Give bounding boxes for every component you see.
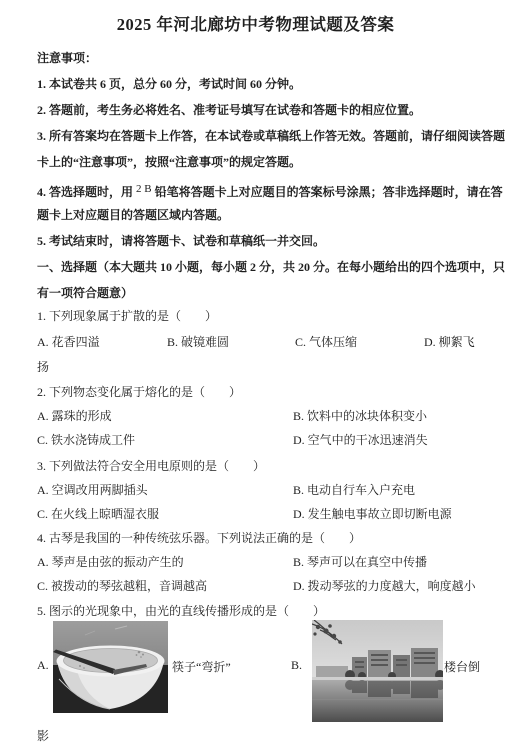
question-2-option-a: A. 露珠的形成 [37,409,112,424]
question-3-options-row-1: A. 空调改用两脚插头 B. 电动自行车入户充电 [37,483,485,500]
notice-line-4b: 题卡上对应题目的答题区域内答题。 [37,208,485,225]
question-1-option-b: B. 破镜难圆 [167,335,229,350]
question-1-options-row: A. 花香四溢 B. 破镜难圆 C. 气体压缩 D. 柳絮飞 [37,335,485,352]
question-5-option-b-caption-wrap: 影 [37,727,49,744]
notice-line-2: 2. 答题前，考生务必将姓名、准考证号填写在试卷和答题卡的相应位置。 [37,103,485,120]
notice-4-superscript: 2 B [136,183,152,195]
question-3-stem: 3. 下列做法符合安全用电原则的是（ ） [37,459,485,476]
question-4-options-row-1: A. 琴声是由弦的振动产生的 B. 琴声可以在真空中传播 [37,555,485,572]
question-4-stem: 4. 古琴是我国的一种传统弦乐器。下列说法正确的是（ ） [37,531,485,548]
section-1-header-line-2: 有一项符合题意） [37,286,485,303]
question-4-options-row-2: C. 被拨动的琴弦越粗，音调越高 D. 拨动琴弦的力度越大，响度越小 [37,579,485,596]
exam-paper-page: 2025 年河北廊坊中考物理试题及答案 注意事项： 1. 本试卷共 6 页，总分… [0,0,511,756]
question-5-option-b-caption: 楼台倒 [444,658,480,675]
question-1-stem: 1. 下列现象属于扩散的是（ ） [37,309,485,326]
question-4-option-a: A. 琴声是由弦的振动产生的 [37,555,184,570]
question-3-option-c: C. 在火线上晾晒湿衣服 [37,507,159,522]
question-4-option-c: C. 被拨动的琴弦越粗，音调越高 [37,579,207,594]
question-2-option-d: D. 空气中的干冰迅速消失 [293,433,428,448]
question-3-option-b: B. 电动自行车入户充电 [293,483,415,498]
notice-line-4a: 4. 答选择题时，用2 B铅笔将答题卡上对应题目的答案标号涂黑；答非选择题时，请… [37,182,485,199]
question-1-option-d-wrap: 扬 [37,360,485,377]
question-3-option-a: A. 空调改用两脚插头 [37,483,148,498]
question-5-stem: 5. 图示的光现象中，由光的直线传播形成的是（ ） [37,604,485,621]
question-2-options-row-2: C. 铁水浇铸成工件 D. 空气中的干冰迅速消失 [37,433,485,450]
building-water-reflection-photo [312,620,443,722]
question-2-option-b: B. 饮料中的冰块体积变小 [293,409,427,424]
notice-line-3b: 卡上的“注意事项”，按照“注意事项”的规定答题。 [37,155,485,172]
question-2-option-c: C. 铁水浇铸成工件 [37,433,135,448]
notice-line-5: 5. 考试结束时，请将答题卡、试卷和草稿纸一并交回。 [37,234,485,251]
notice-4-pre: 4. 答选择题时，用 [37,185,133,199]
question-3-options-row-2: C. 在火线上晾晒湿衣服 D. 发生触电事故立即切断电源 [37,507,485,524]
chopstick-bent-in-bowl-photo [53,621,168,713]
question-4-option-b: B. 琴声可以在真空中传播 [293,555,427,570]
question-4-option-d: D. 拨动琴弦的力度越大，响度越小 [293,579,476,594]
question-1-option-a: A. 花香四溢 [37,335,100,350]
question-1-option-d: D. 柳絮飞 [424,335,475,350]
question-2-stem: 2. 下列物态变化属于熔化的是（ ） [37,385,485,402]
notice-line-3a: 3. 所有答案均在答题卡上作答，在本试卷或草稿纸上作答无效。答题前，请仔细阅读答… [37,129,485,146]
notice-line-1: 1. 本试卷共 6 页，总分 60 分，考试时间 60 分钟。 [37,77,485,94]
question-5-option-a-label: A. [37,658,49,673]
question-2-options-row-1: A. 露珠的形成 B. 饮料中的冰块体积变小 [37,409,485,426]
question-1-option-c: C. 气体压缩 [295,335,357,350]
notice-4-post: 铅笔将答题卡上对应题目的答案标号涂黑；答非选择题时，请在答 [155,185,503,199]
section-1-header-line-1: 一、选择题（本大题共 10 小题，每小题 2 分，共 20 分。在每小题给出的四… [37,260,485,277]
question-3-option-d: D. 发生触电事故立即切断电源 [293,507,452,522]
notice-header: 注意事项： [37,51,485,68]
question-5-option-b-label: B. [291,658,302,673]
page-title: 2025 年河北廊坊中考物理试题及答案 [0,11,511,35]
question-5-option-a-caption: 筷子“弯折” [172,658,231,675]
